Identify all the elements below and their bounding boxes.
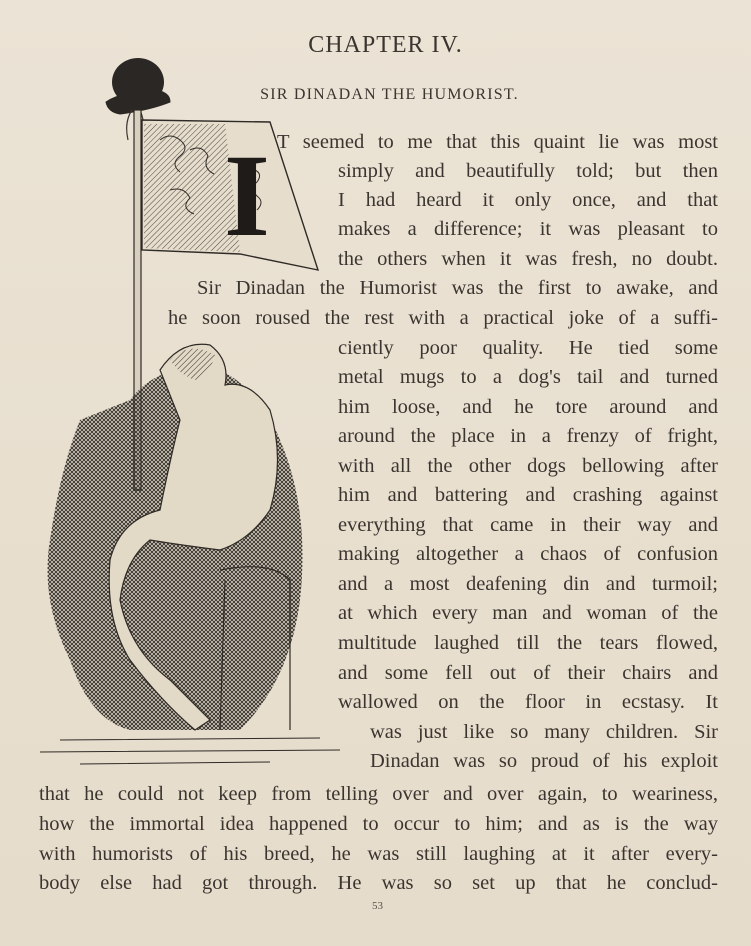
- text-line: how the immortal idea happened to occur …: [39, 810, 718, 838]
- text-line: wallowed on the floor in ecstasy. It: [338, 688, 718, 716]
- seated-figure: [40, 344, 340, 764]
- page-number: 53: [0, 900, 751, 912]
- text-line: Sir Dinadan the Humorist was the first t…: [197, 274, 718, 302]
- text-line: at which every man and woman of the: [338, 599, 718, 627]
- text-line: him and battering and crashing against: [338, 481, 718, 509]
- text-line: he soon roused the rest with a practical…: [168, 304, 718, 332]
- text-line: around the place in a frenzy of fright,: [338, 422, 718, 450]
- drop-cap: I: [224, 130, 270, 261]
- text-line: ciently poor quality. He tied some: [338, 334, 718, 362]
- text-line: that he could not keep from telling over…: [39, 780, 718, 808]
- text-line: I had heard it only once, and that: [338, 186, 718, 214]
- text-line: him loose, and he tore around and: [338, 393, 718, 421]
- text-line: and a most deafening din and turmoil;: [338, 570, 718, 598]
- text-line: body else had got through. He was so set…: [39, 869, 718, 897]
- text-line: was just like so many children. Sir: [370, 718, 718, 746]
- text-line: T seemed to me that this quaint lie was …: [277, 128, 718, 156]
- text-line: makes a difference; it was pleasant to: [338, 215, 718, 243]
- text-line: with humorists of his breed, he was stil…: [39, 840, 718, 868]
- text-line: and some fell out of their chairs and: [338, 659, 718, 687]
- text-line: multitude laughed till the tears flowed,: [338, 629, 718, 657]
- text-line: everything that came in their way and: [338, 511, 718, 539]
- text-line: with all the other dogs bellowing after: [338, 452, 718, 480]
- text-line: simply and beautifully told; but then: [338, 157, 718, 185]
- text-line: Dinadan was so proud of his exploit: [370, 747, 718, 775]
- text-line: metal mugs to a dog's tail and turned: [338, 363, 718, 391]
- text-line: making altogether a chaos of confusion: [338, 540, 718, 568]
- book-page: CHAPTER IV. SIR DINADAN THE HUMORIST.: [0, 0, 751, 946]
- text-line: the others when it was fresh, no doubt.: [338, 245, 718, 273]
